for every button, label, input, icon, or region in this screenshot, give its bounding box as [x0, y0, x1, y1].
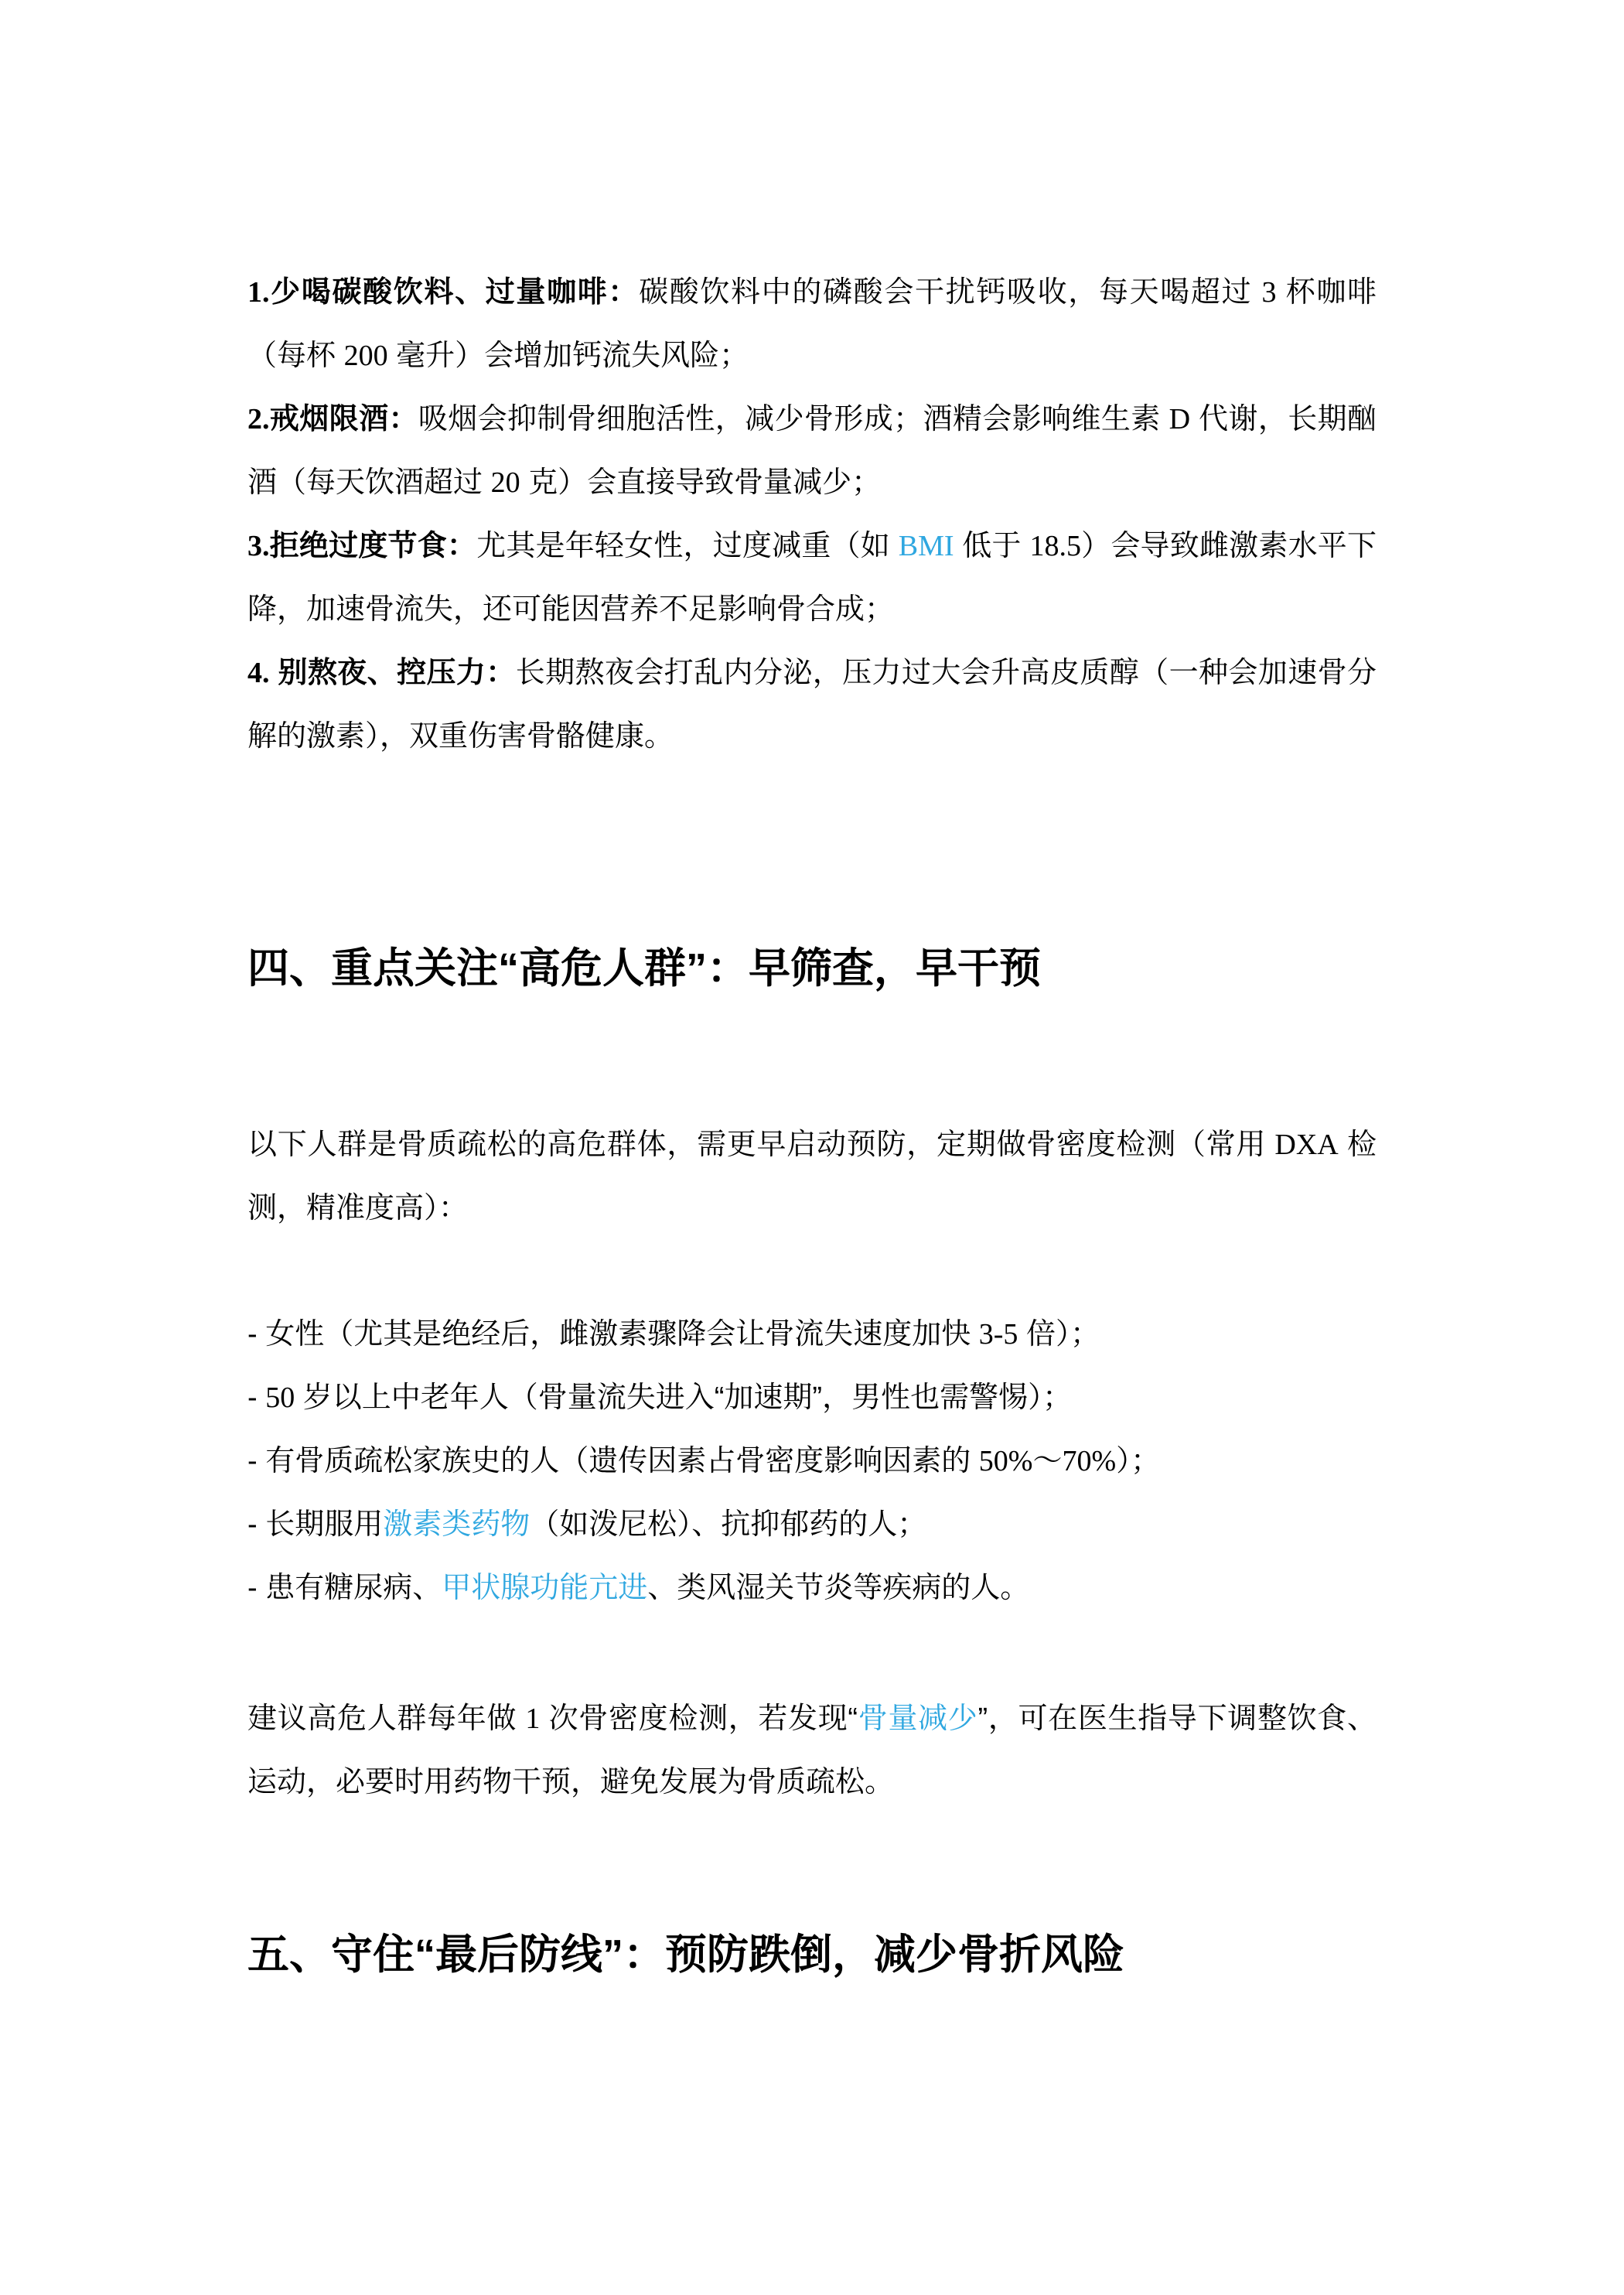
- section4-intro-paragraph: 以下人群是骨质疏松的高危群体，需更早启动预防，定期做骨密度检测（常用 DXA 检…: [247, 1113, 1377, 1240]
- latin-text: 2.: [247, 403, 270, 435]
- risk-group-item-2: - 50 岁以上中老年人（骨量流失进入“加速期”，男性也需警惕）；: [247, 1366, 1377, 1429]
- latin-text: 1: [525, 1702, 540, 1735]
- text-run: 2.戒烟限酒：: [247, 403, 418, 435]
- latin-text: 50: [265, 1381, 295, 1414]
- text-run: 4. 别熬夜、控压力：: [247, 657, 516, 689]
- risk-group-item-5: - 患有糖尿病、甲状腺功能亢进、类风湿关节炎等疾病的人。: [247, 1556, 1377, 1620]
- section5-heading: 五、守住“最后防线”：预防跌倒，减少骨折风险: [247, 1923, 1377, 1986]
- latin-text: 200: [344, 340, 388, 372]
- inline-link[interactable]: 甲状腺功能亢进: [442, 1572, 647, 1604]
- tip-paragraph-3: 3.拒绝过度节食：尤其是年轻女性，过度减重（如 BMI 低于 18.5）会导致雌…: [247, 514, 1377, 641]
- text-run: - 长期服用: [247, 1508, 383, 1541]
- inline-link[interactable]: BMI: [899, 530, 954, 562]
- latin-text: 3: [1261, 276, 1276, 309]
- tip-paragraph-1: 1.少喝碳酸饮料、过量咖啡：碳酸饮料中的磷酸会干扰钙吸收，每天喝超过 3 杯咖啡…: [247, 261, 1377, 388]
- risk-group-item-1: - 女性（尤其是绝经后，雌激素骤降会让骨流失速度加快 3-5 倍）；: [247, 1303, 1377, 1366]
- latin-text: 4.: [247, 657, 270, 689]
- latin-text: 20: [491, 466, 520, 499]
- risk-group-item-4: - 长期服用激素类药物（如泼尼松）、抗抑郁药的人；: [247, 1493, 1377, 1556]
- latin-text: 1.: [247, 276, 270, 309]
- text-run: - 有骨质疏松家族史的人（遗传因素占骨密度影响因素的 50%～70%）；: [247, 1445, 1160, 1477]
- latin-text: 70%: [1062, 1445, 1116, 1477]
- latin-text: BMI: [899, 530, 954, 562]
- text-run: 3.拒绝过度节食：: [247, 530, 476, 562]
- lifestyle-tips-section: 1.少喝碳酸饮料、过量咖啡：碳酸饮料中的磷酸会干扰钙吸收，每天喝超过 3 杯咖啡…: [247, 261, 1377, 768]
- text-run: 尤其是年轻女性，过度减重（如: [476, 530, 899, 562]
- text-run: - 女性（尤其是绝经后，雌激素骤降会让骨流失速度加快 3-5 倍）；: [247, 1318, 1100, 1351]
- latin-text: 3.: [247, 530, 270, 562]
- tip-paragraph-4: 4. 别熬夜、控压力：长期熬夜会打乱内分泌，压力过大会升高皮质醇（一种会加速骨分…: [247, 641, 1377, 768]
- section4-heading: 四、重点关注“高危人群”：早筛查，早干预: [247, 937, 1377, 1000]
- latin-text: 50%: [979, 1445, 1033, 1477]
- risk-group-list: - 女性（尤其是绝经后，雌激素骤降会让骨流失速度加快 3-5 倍）； - 50 …: [247, 1303, 1377, 1620]
- latin-text: 18.5: [1029, 530, 1081, 562]
- latin-text: 3-5: [979, 1318, 1018, 1351]
- document-body: { "colors": { "background": "#ffffff", "…: [0, 0, 1624, 2295]
- text-run: 、类风湿关节炎等疾病的人。: [647, 1572, 1029, 1604]
- latin-text: DXA: [1274, 1129, 1338, 1161]
- text-run: 建议高危人群每年做 1 次骨密度检测，若发现“: [247, 1702, 858, 1735]
- text-run: 1.少喝碳酸饮料、过量咖啡：: [247, 276, 639, 309]
- section4-advice-paragraph: 建议高危人群每年做 1 次骨密度检测，若发现“骨量减少”，可在医生指导下调整饮食…: [247, 1687, 1377, 1814]
- text-run: （如泼尼松）、抗抑郁药的人；: [530, 1508, 926, 1541]
- text-run: - 患有糖尿病、: [247, 1572, 442, 1604]
- inline-link[interactable]: 骨量减少: [858, 1702, 977, 1735]
- latin-text: D: [1169, 403, 1190, 435]
- text-run: - 50 岁以上中老年人（骨量流失进入“加速期”，男性也需警惕）；: [247, 1381, 1072, 1414]
- tip-paragraph-2: 2.戒烟限酒：吸烟会抑制骨细胞活性，减少骨形成；酒精会影响维生素 D 代谢，长期…: [247, 388, 1377, 514]
- risk-group-item-3: - 有骨质疏松家族史的人（遗传因素占骨密度影响因素的 50%～70%）；: [247, 1429, 1377, 1493]
- document-page: 1.少喝碳酸饮料、过量咖啡：碳酸饮料中的磷酸会干扰钙吸收，每天喝超过 3 杯咖啡…: [0, 0, 1624, 2295]
- text-run: 以下人群是骨质疏松的高危群体，需更早启动预防，定期做骨密度检测（常用 DXA 检…: [247, 1129, 1377, 1224]
- inline-link[interactable]: 激素类药物: [383, 1508, 530, 1541]
